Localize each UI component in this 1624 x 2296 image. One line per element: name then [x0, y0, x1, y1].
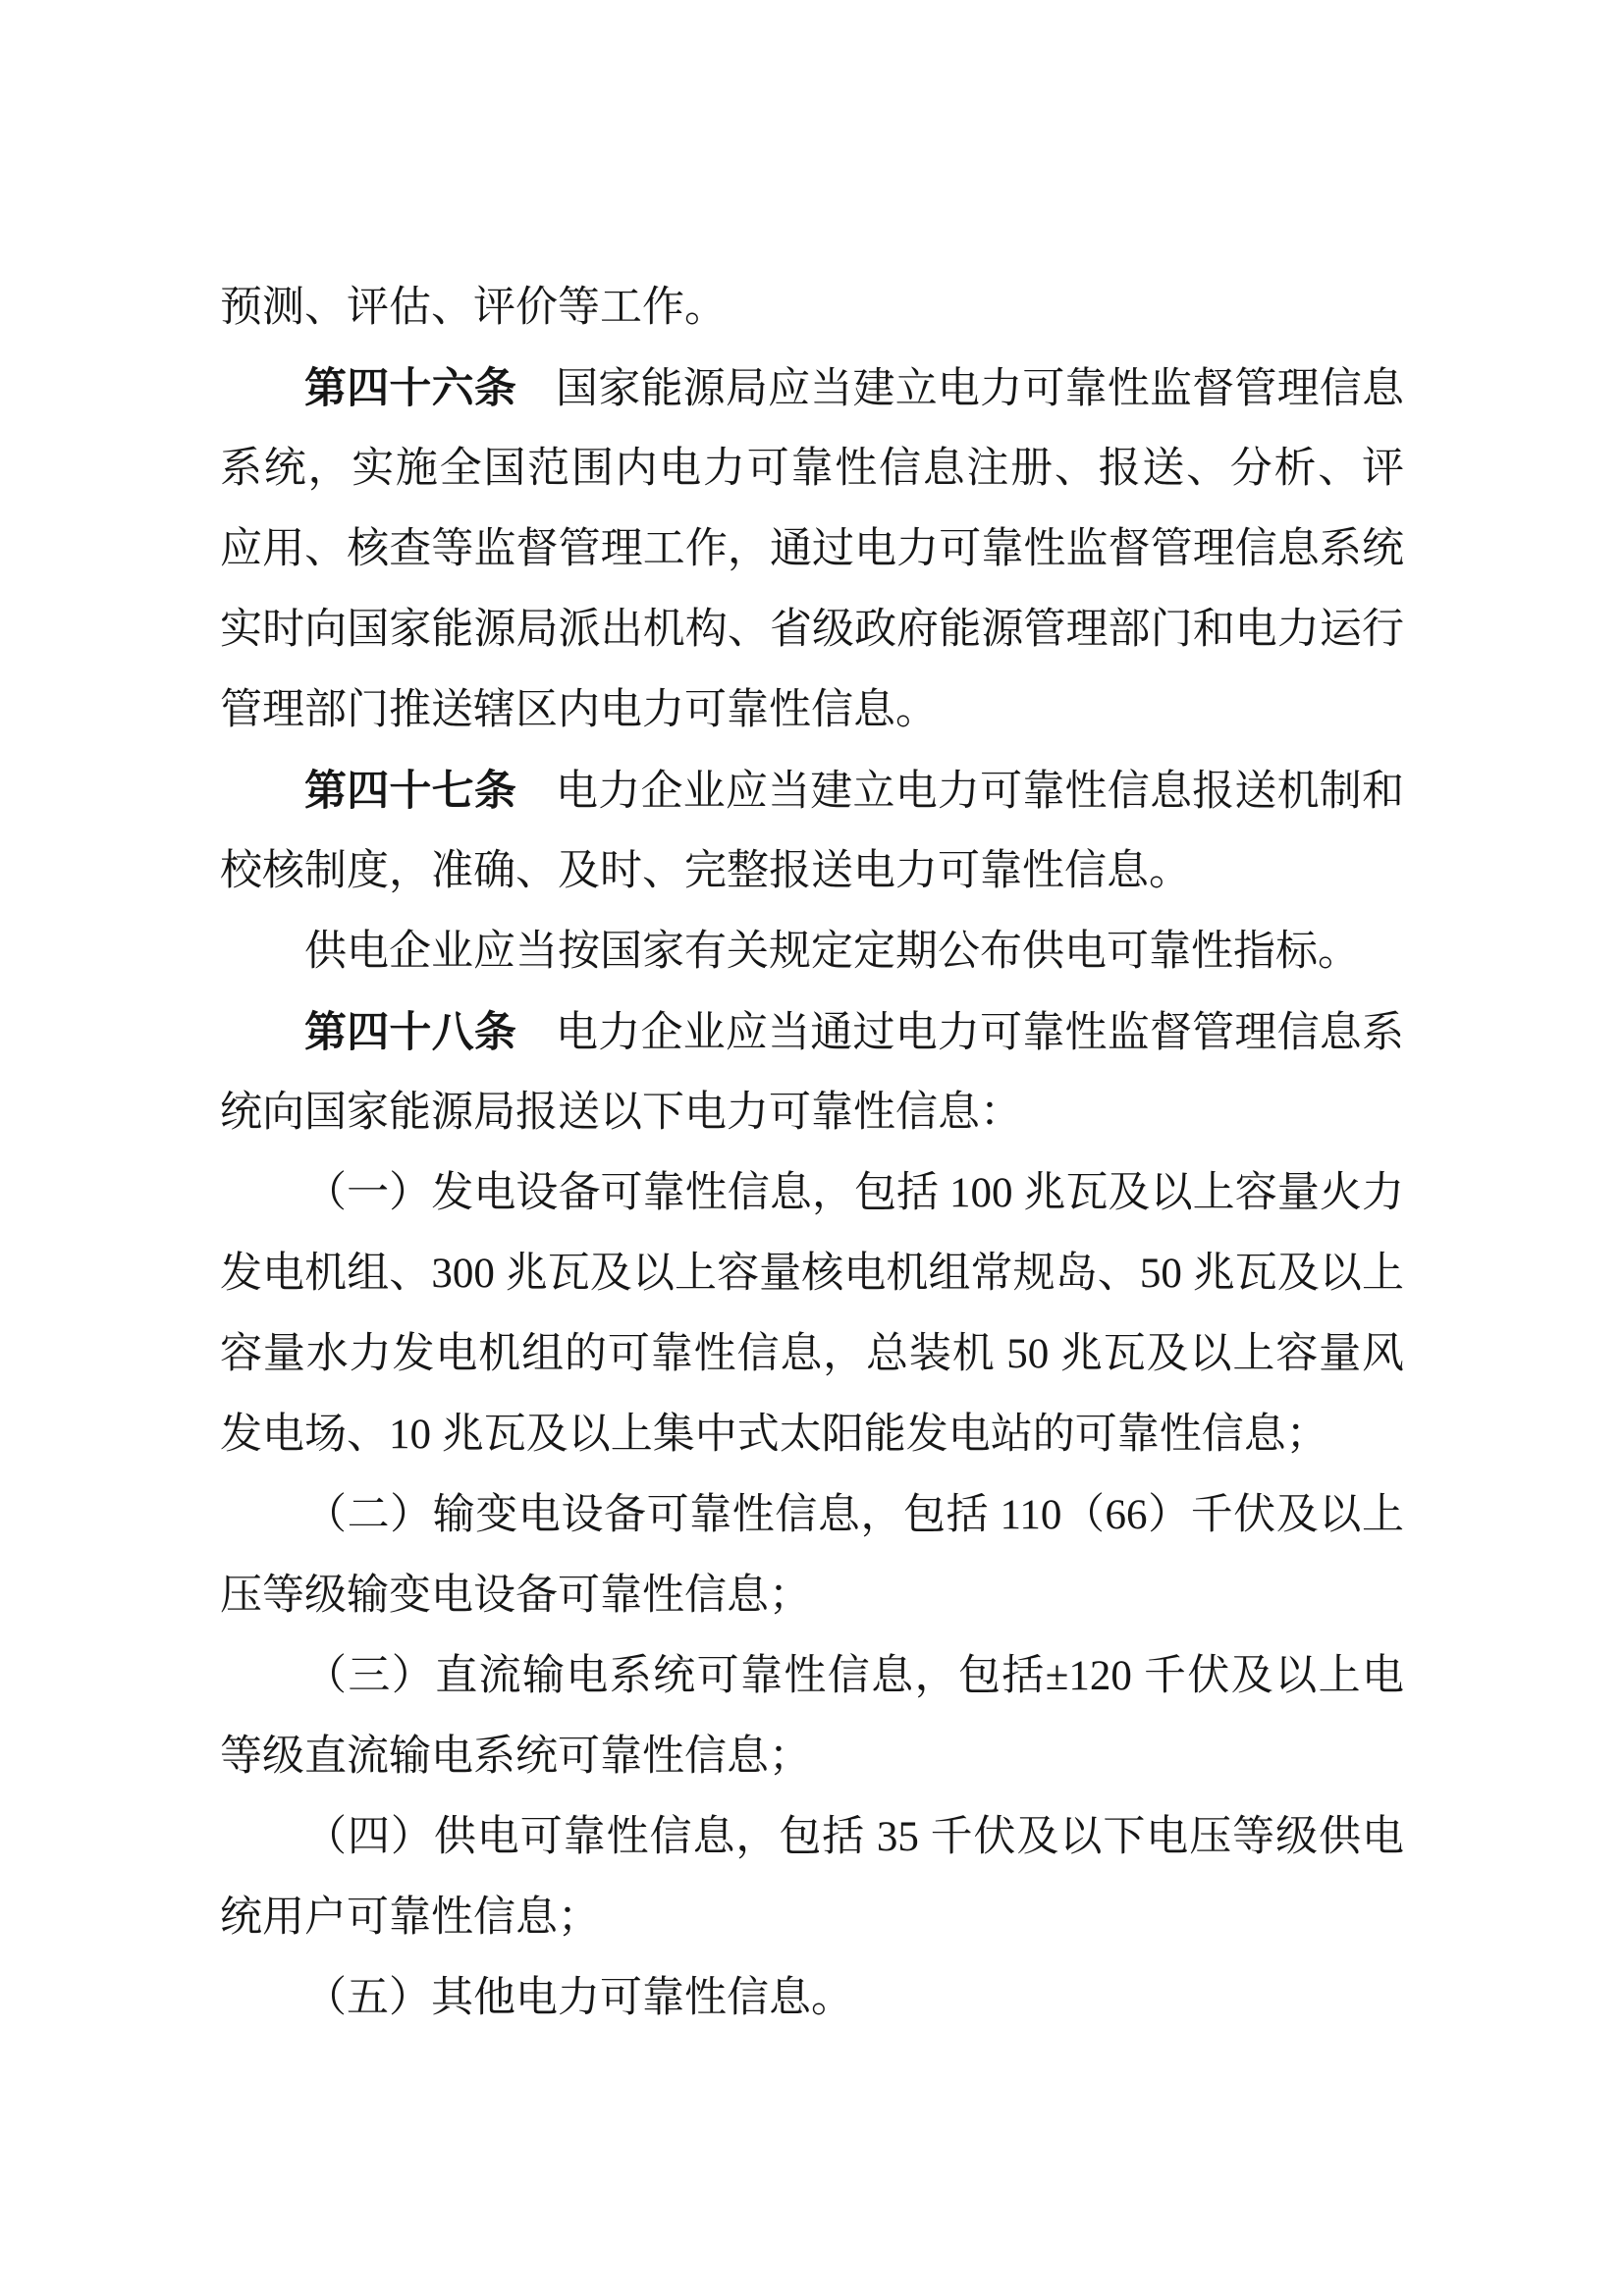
text-line: 实时向国家能源局派出机构、省级政府能源管理部门和电力运行: [220, 590, 1404, 670]
text-line: 系统，实施全国范围内电力可靠性信息注册、报送、分析、评价、: [220, 429, 1404, 509]
article-number: 第四十七条: [304, 768, 516, 815]
text-line: （三）直流输电系统可靠性信息，包括±120 千伏及以上电压: [220, 1636, 1404, 1717]
text-line: 第四十七条电力企业应当建立电力可靠性信息报送机制和: [220, 751, 1404, 831]
text-line: （五）其他电力可靠性信息。: [220, 1958, 1404, 2039]
text-line: 压等级输变电设备可靠性信息；: [220, 1556, 1404, 1636]
text-line: 发电场、10 兆瓦及以上集中式太阳能发电站的可靠性信息；: [220, 1395, 1404, 1475]
text-line: 容量水力发电机组的可靠性信息，总装机 50 兆瓦及以上容量风力: [220, 1314, 1404, 1395]
text-line: 预测、评估、评价等工作。: [220, 268, 1404, 348]
text-line: （四）供电可靠性信息，包括 35 千伏及以下电压等级供电系: [220, 1797, 1404, 1878]
text-line: 统用户可靠性信息；: [220, 1878, 1404, 1958]
text-line: （二）输变电设备可靠性信息，包括 110（66）千伏及以上电: [220, 1475, 1404, 1556]
text-line: 发电机组、300 兆瓦及以上容量核电机组常规岛、50 兆瓦及以上: [220, 1234, 1404, 1314]
text-line: 第四十八条电力企业应当通过电力可靠性监督管理信息系: [220, 992, 1404, 1073]
text-line: （一）发电设备可靠性信息，包括 100 兆瓦及以上容量火力: [220, 1153, 1404, 1234]
text-line: 应用、核查等监督管理工作，通过电力可靠性监督管理信息系统: [220, 509, 1404, 590]
text-line: 等级直流输电系统可靠性信息；: [220, 1717, 1404, 1797]
document-page: 预测、评估、评价等工作。 第四十六条国家能源局应当建立电力可靠性监督管理信息 系…: [0, 0, 1624, 2296]
text-line: 第四十六条国家能源局应当建立电力可靠性监督管理信息: [220, 348, 1404, 429]
article-number: 第四十八条: [304, 1009, 516, 1056]
text-line: 统向国家能源局报送以下电力可靠性信息：: [220, 1073, 1404, 1153]
article-text: 电力企业应当建立电力可靠性信息报送机制和: [556, 769, 1404, 815]
text-line: 校核制度，准确、及时、完整报送电力可靠性信息。: [220, 831, 1404, 912]
text-line: 供电企业应当按国家有关规定定期公布供电可靠性指标。: [220, 912, 1404, 992]
text-line: 管理部门推送辖区内电力可靠性信息。: [220, 670, 1404, 751]
article-number: 第四十六条: [304, 365, 516, 412]
article-text: 国家能源局应当建立电力可靠性监督管理信息: [556, 366, 1404, 412]
document-body: 预测、评估、评价等工作。 第四十六条国家能源局应当建立电力可靠性监督管理信息 系…: [220, 268, 1404, 2039]
article-text: 电力企业应当通过电力可靠性监督管理信息系: [556, 1010, 1404, 1056]
